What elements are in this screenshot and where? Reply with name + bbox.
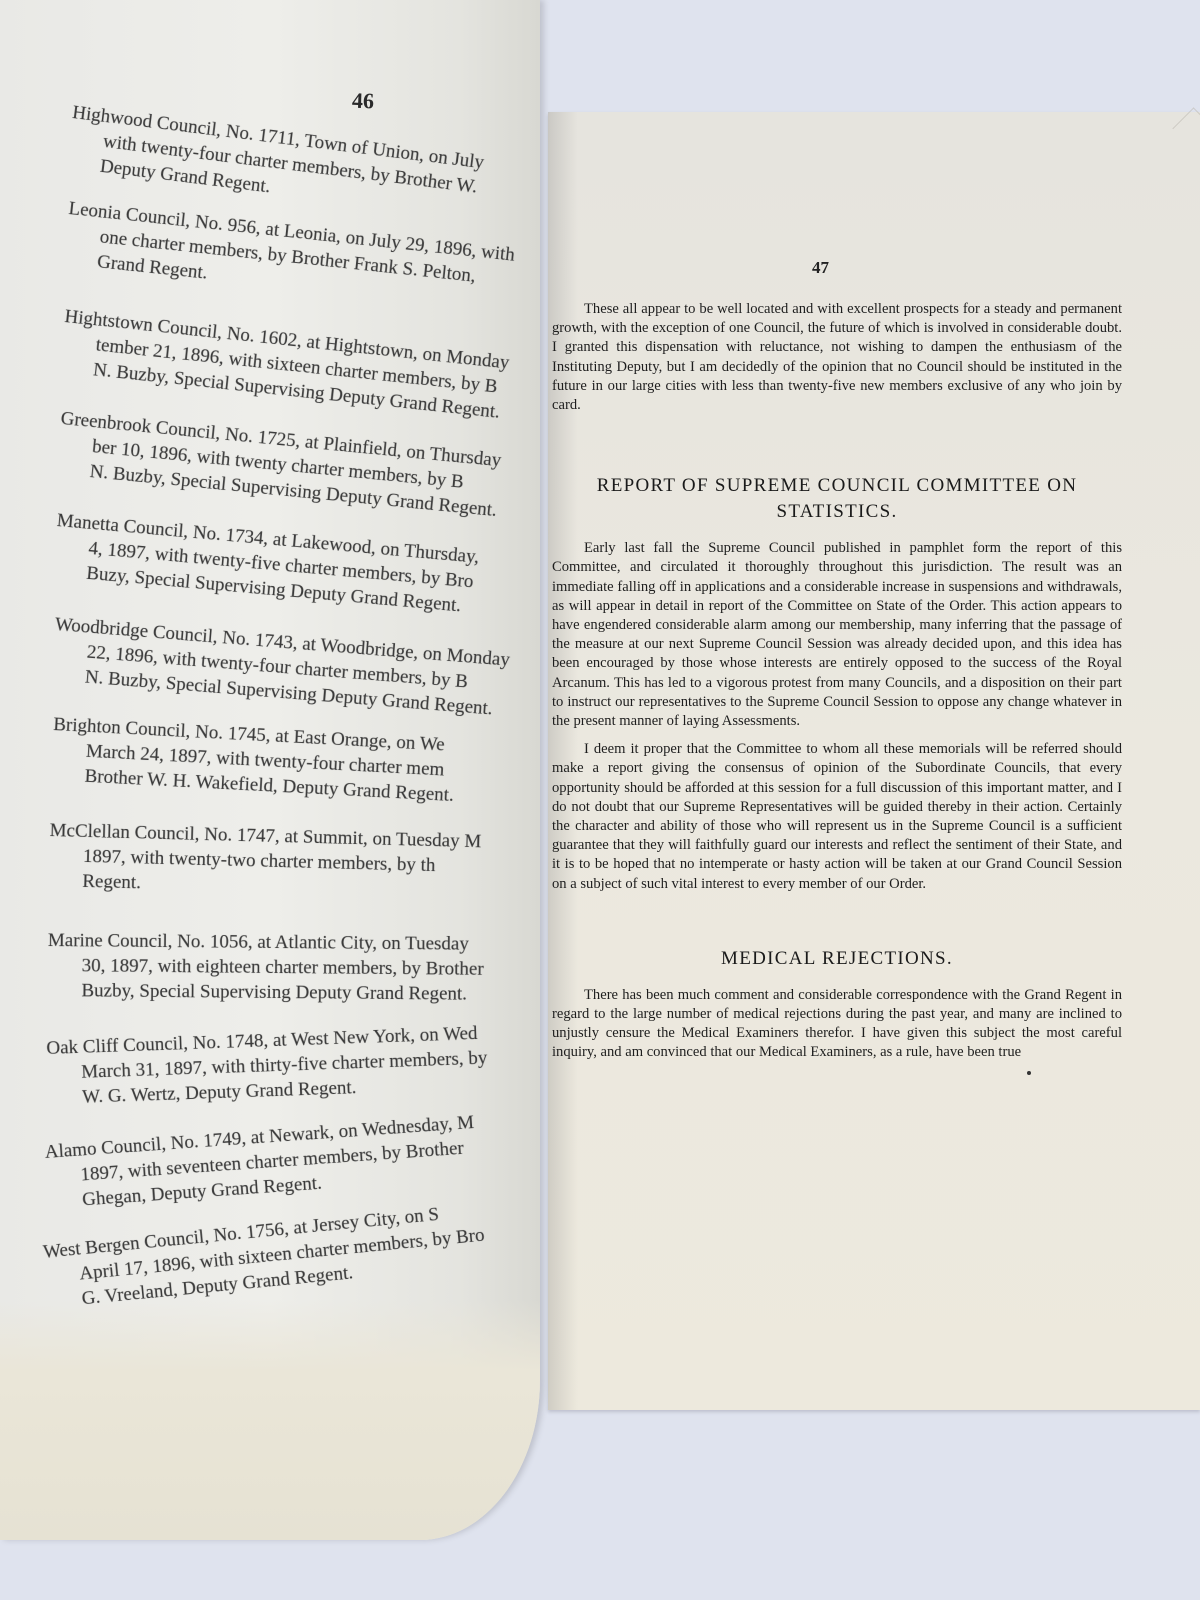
statistics-heading-line1: REPORT OF SUPREME COUNCIL COMMITTEE ON xyxy=(552,473,1122,499)
left-page-curl xyxy=(0,1300,540,1540)
page-number-left: 46 xyxy=(352,88,375,115)
council-entry: McClellan Council, No. 1747, at Summit, … xyxy=(48,818,482,904)
page-number-right: 47 xyxy=(812,258,829,278)
medical-rejections-heading: MEDICAL REJECTIONS. xyxy=(552,946,1122,972)
statistics-heading: REPORT OF SUPREME COUNCIL COMMITTEE ON S… xyxy=(552,473,1122,525)
right-page-text: These all appear to be well located and … xyxy=(552,300,1122,1063)
statistics-heading-line2: STATISTICS. xyxy=(552,499,1122,525)
statistics-paragraph-2: I deem it proper that the Committee to w… xyxy=(552,740,1122,894)
council-entry: Oak Cliff Council, No. 1748, at West New… xyxy=(46,1021,489,1111)
statistics-paragraph-1: Early last fall the Supreme Council publ… xyxy=(552,539,1122,731)
ink-speck xyxy=(1027,1071,1031,1075)
intro-paragraph: These all appear to be well located and … xyxy=(552,300,1122,415)
council-entry: Marine Council, No. 1056, at Atlantic Ci… xyxy=(47,928,484,1007)
medical-paragraph-1: There has been much comment and consider… xyxy=(552,986,1122,1063)
